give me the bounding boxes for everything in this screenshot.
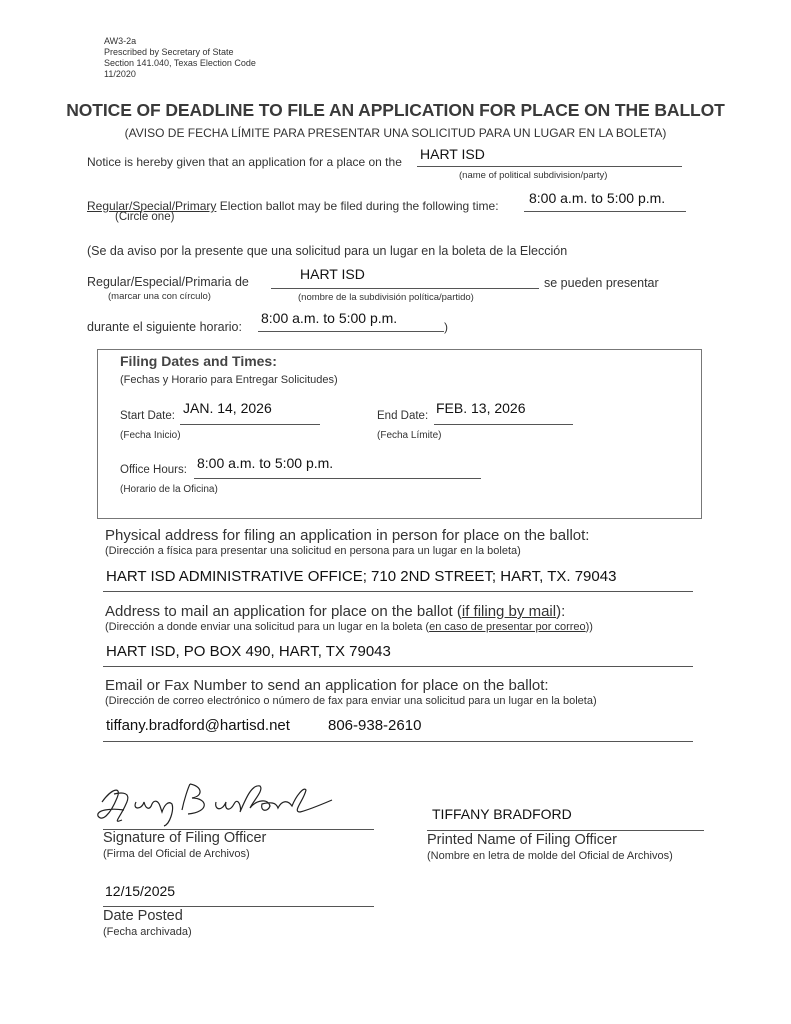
spanish-time-field[interactable]: 8:00 a.m. to 5:00 p.m. [261, 310, 397, 326]
printed-name-field[interactable]: TIFFANY BRADFORD [432, 806, 572, 822]
spanish-time-label: durante el siguiente horario: [87, 320, 242, 334]
signature-sublabel: (Firma del Oficial de Archivos) [103, 848, 250, 860]
email-fax-label: Email or Fax Number to send an applicati… [105, 677, 549, 694]
printed-name-line [427, 830, 704, 831]
spanish-circle-caption: (marcar una con círculo) [108, 291, 211, 302]
spanish-election-type: Regular/Especial/Primaria de [87, 275, 249, 289]
subdivision-caption: (name of political subdivision/party) [459, 170, 607, 181]
page-title: NOTICE OF DEADLINE TO FILE AN APPLICATIO… [0, 100, 791, 121]
if-filing-by-mail: if filing by mail [462, 603, 556, 620]
circle-one-caption: (Circle one) [115, 211, 174, 223]
filing-time-field[interactable]: 8:00 a.m. to 5:00 p.m. [529, 190, 665, 206]
spanish-subdivision-caption: (nombre de la subdivisión política/parti… [298, 292, 474, 303]
printed-name-sublabel: (Nombre en letra de molde del Oficial de… [427, 850, 673, 862]
mail-address-sublabel: (Dirección a donde enviar una solicitud … [105, 621, 593, 633]
start-date-field[interactable]: JAN. 14, 2026 [183, 400, 272, 416]
date-posted-line [103, 906, 374, 907]
physical-address-line [103, 591, 693, 592]
subdivision-line [417, 166, 682, 167]
fax-field[interactable]: 806-938-2610 [328, 717, 421, 734]
spanish-lead-text: (Se da aviso por la presente que una sol… [87, 244, 567, 258]
physical-address-field[interactable]: HART ISD ADMINISTRATIVE OFFICE; 710 2ND … [106, 568, 616, 585]
filing-time-line [524, 211, 686, 212]
end-date-field[interactable]: FEB. 13, 2026 [436, 400, 526, 416]
end-date-label: End Date: [377, 410, 428, 422]
date-posted-sublabel: (Fecha archivada) [103, 926, 192, 938]
form-revision: 11/2020 [104, 69, 256, 80]
signature-label: Signature of Filing Officer [103, 830, 266, 846]
physical-address-label: Physical address for filing an applicati… [105, 527, 589, 544]
end-date-caption: (Fecha Límite) [377, 430, 441, 441]
email-fax-line [103, 741, 693, 742]
email-fax-sublabel: (Dirección de correo electrónico o númer… [105, 695, 597, 707]
subdivision-field[interactable]: HART ISD [420, 146, 485, 162]
email-field[interactable]: tiffany.bradford@hartisd.net [106, 717, 290, 734]
spanish-subdivision-line [271, 288, 539, 289]
office-hours-caption: (Horario de la Oficina) [120, 484, 218, 495]
signature-image [92, 780, 362, 830]
code-section: Section 141.040, Texas Election Code [104, 58, 256, 69]
mail-address-label: Address to mail an application for place… [105, 603, 565, 620]
office-hours-line [194, 478, 481, 479]
election-text: Election ballot may be filed during the … [220, 199, 499, 213]
date-posted-label: Date Posted [103, 908, 183, 924]
form-header: AW3-2a Prescribed by Secretary of State … [104, 36, 256, 80]
office-hours-field[interactable]: 8:00 a.m. to 5:00 p.m. [197, 455, 333, 471]
physical-address-sublabel: (Dirección a física para presentar una s… [105, 545, 521, 557]
office-hours-label: Office Hours: [120, 464, 187, 476]
mail-address-line [103, 666, 693, 667]
prescribed-by: Prescribed by Secretary of State [104, 47, 256, 58]
printed-name-label: Printed Name of Filing Officer [427, 832, 617, 848]
date-posted-field[interactable]: 12/15/2025 [105, 883, 175, 899]
start-date-line [180, 424, 320, 425]
filing-box-title: Filing Dates and Times: [120, 353, 277, 369]
form-id: AW3-2a [104, 36, 256, 47]
end-date-line [434, 424, 573, 425]
filing-box-subtitle: (Fechas y Horario para Entregar Solicitu… [120, 374, 338, 386]
spanish-after-text: se pueden presentar [544, 276, 659, 290]
page-subtitle: (AVISO DE FECHA LÍMITE PARA PRESENTAR UN… [0, 126, 791, 140]
spanish-time-line [258, 331, 444, 332]
mail-address-field[interactable]: HART ISD, PO BOX 490, HART, TX 79043 [106, 643, 391, 660]
notice-lead-text: Notice is hereby given that an applicati… [87, 155, 402, 169]
spanish-closing-paren: ) [444, 320, 448, 334]
start-date-label: Start Date: [120, 410, 175, 422]
spanish-subdivision-field[interactable]: HART ISD [300, 266, 365, 282]
start-date-caption: (Fecha Inicio) [120, 430, 181, 441]
